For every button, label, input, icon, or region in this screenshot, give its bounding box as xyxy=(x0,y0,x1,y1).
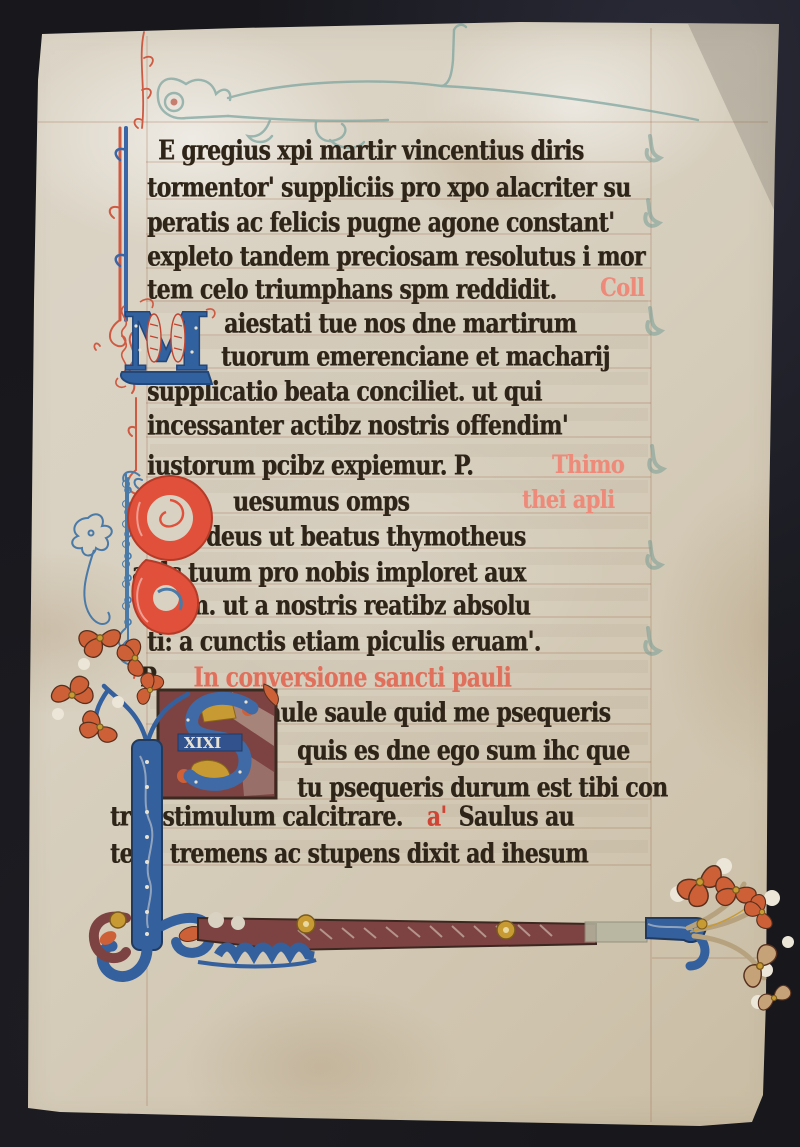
text-segment: incessanter actibz nostris offendim' xyxy=(147,410,568,442)
manuscript-photo: E gregius xpi martir vincentius diris to… xyxy=(0,0,800,1147)
text-line: aiestati tue nos dne martirum xyxy=(224,308,576,340)
text-line: E gregius xpi martir vincentius diris xyxy=(158,135,584,167)
text-line: peratis ac felicis pugne agone constant' xyxy=(147,207,614,239)
marginal-rubric-collect: Coll xyxy=(600,272,644,302)
text-segment: tuorum emerenciane et macharij xyxy=(221,341,610,373)
text-segment: expleto tandem preciosam resolutus i mor xyxy=(147,241,645,273)
text-line: incessanter actibz nostris offendim' xyxy=(147,410,568,442)
marginal-rubric-saint-1: Thimo xyxy=(552,449,624,479)
text-line: expleto tandem preciosam resolutus i mor xyxy=(147,241,645,273)
text-segment: peratis ac felicis pugne agone constant' xyxy=(147,207,614,239)
text-line: deus ut beatus thymotheus xyxy=(206,521,526,553)
initial-letter-m: M xyxy=(122,295,211,389)
marginal-rubric-saint-2: thei apli xyxy=(522,484,614,514)
text-segment: deus ut beatus thymotheus xyxy=(206,521,526,553)
text-line: uesumus omps xyxy=(233,486,409,518)
text-segment: uesumus omps xyxy=(233,486,409,518)
text-segment: tormentor' suppliciis pro xpo alacriter … xyxy=(147,172,630,204)
text-segment: E gregius xpi martir vincentius diris xyxy=(158,135,584,167)
text-line: tormentor' suppliciis pro xpo alacriter … xyxy=(147,172,630,204)
text-line: tuorum emerenciane et macharij xyxy=(221,341,610,373)
illuminated-initial-m: M xyxy=(110,294,220,394)
text-segment: aiestati tue nos dne martirum xyxy=(224,308,576,340)
border-bar-and-foliage xyxy=(48,594,796,1030)
